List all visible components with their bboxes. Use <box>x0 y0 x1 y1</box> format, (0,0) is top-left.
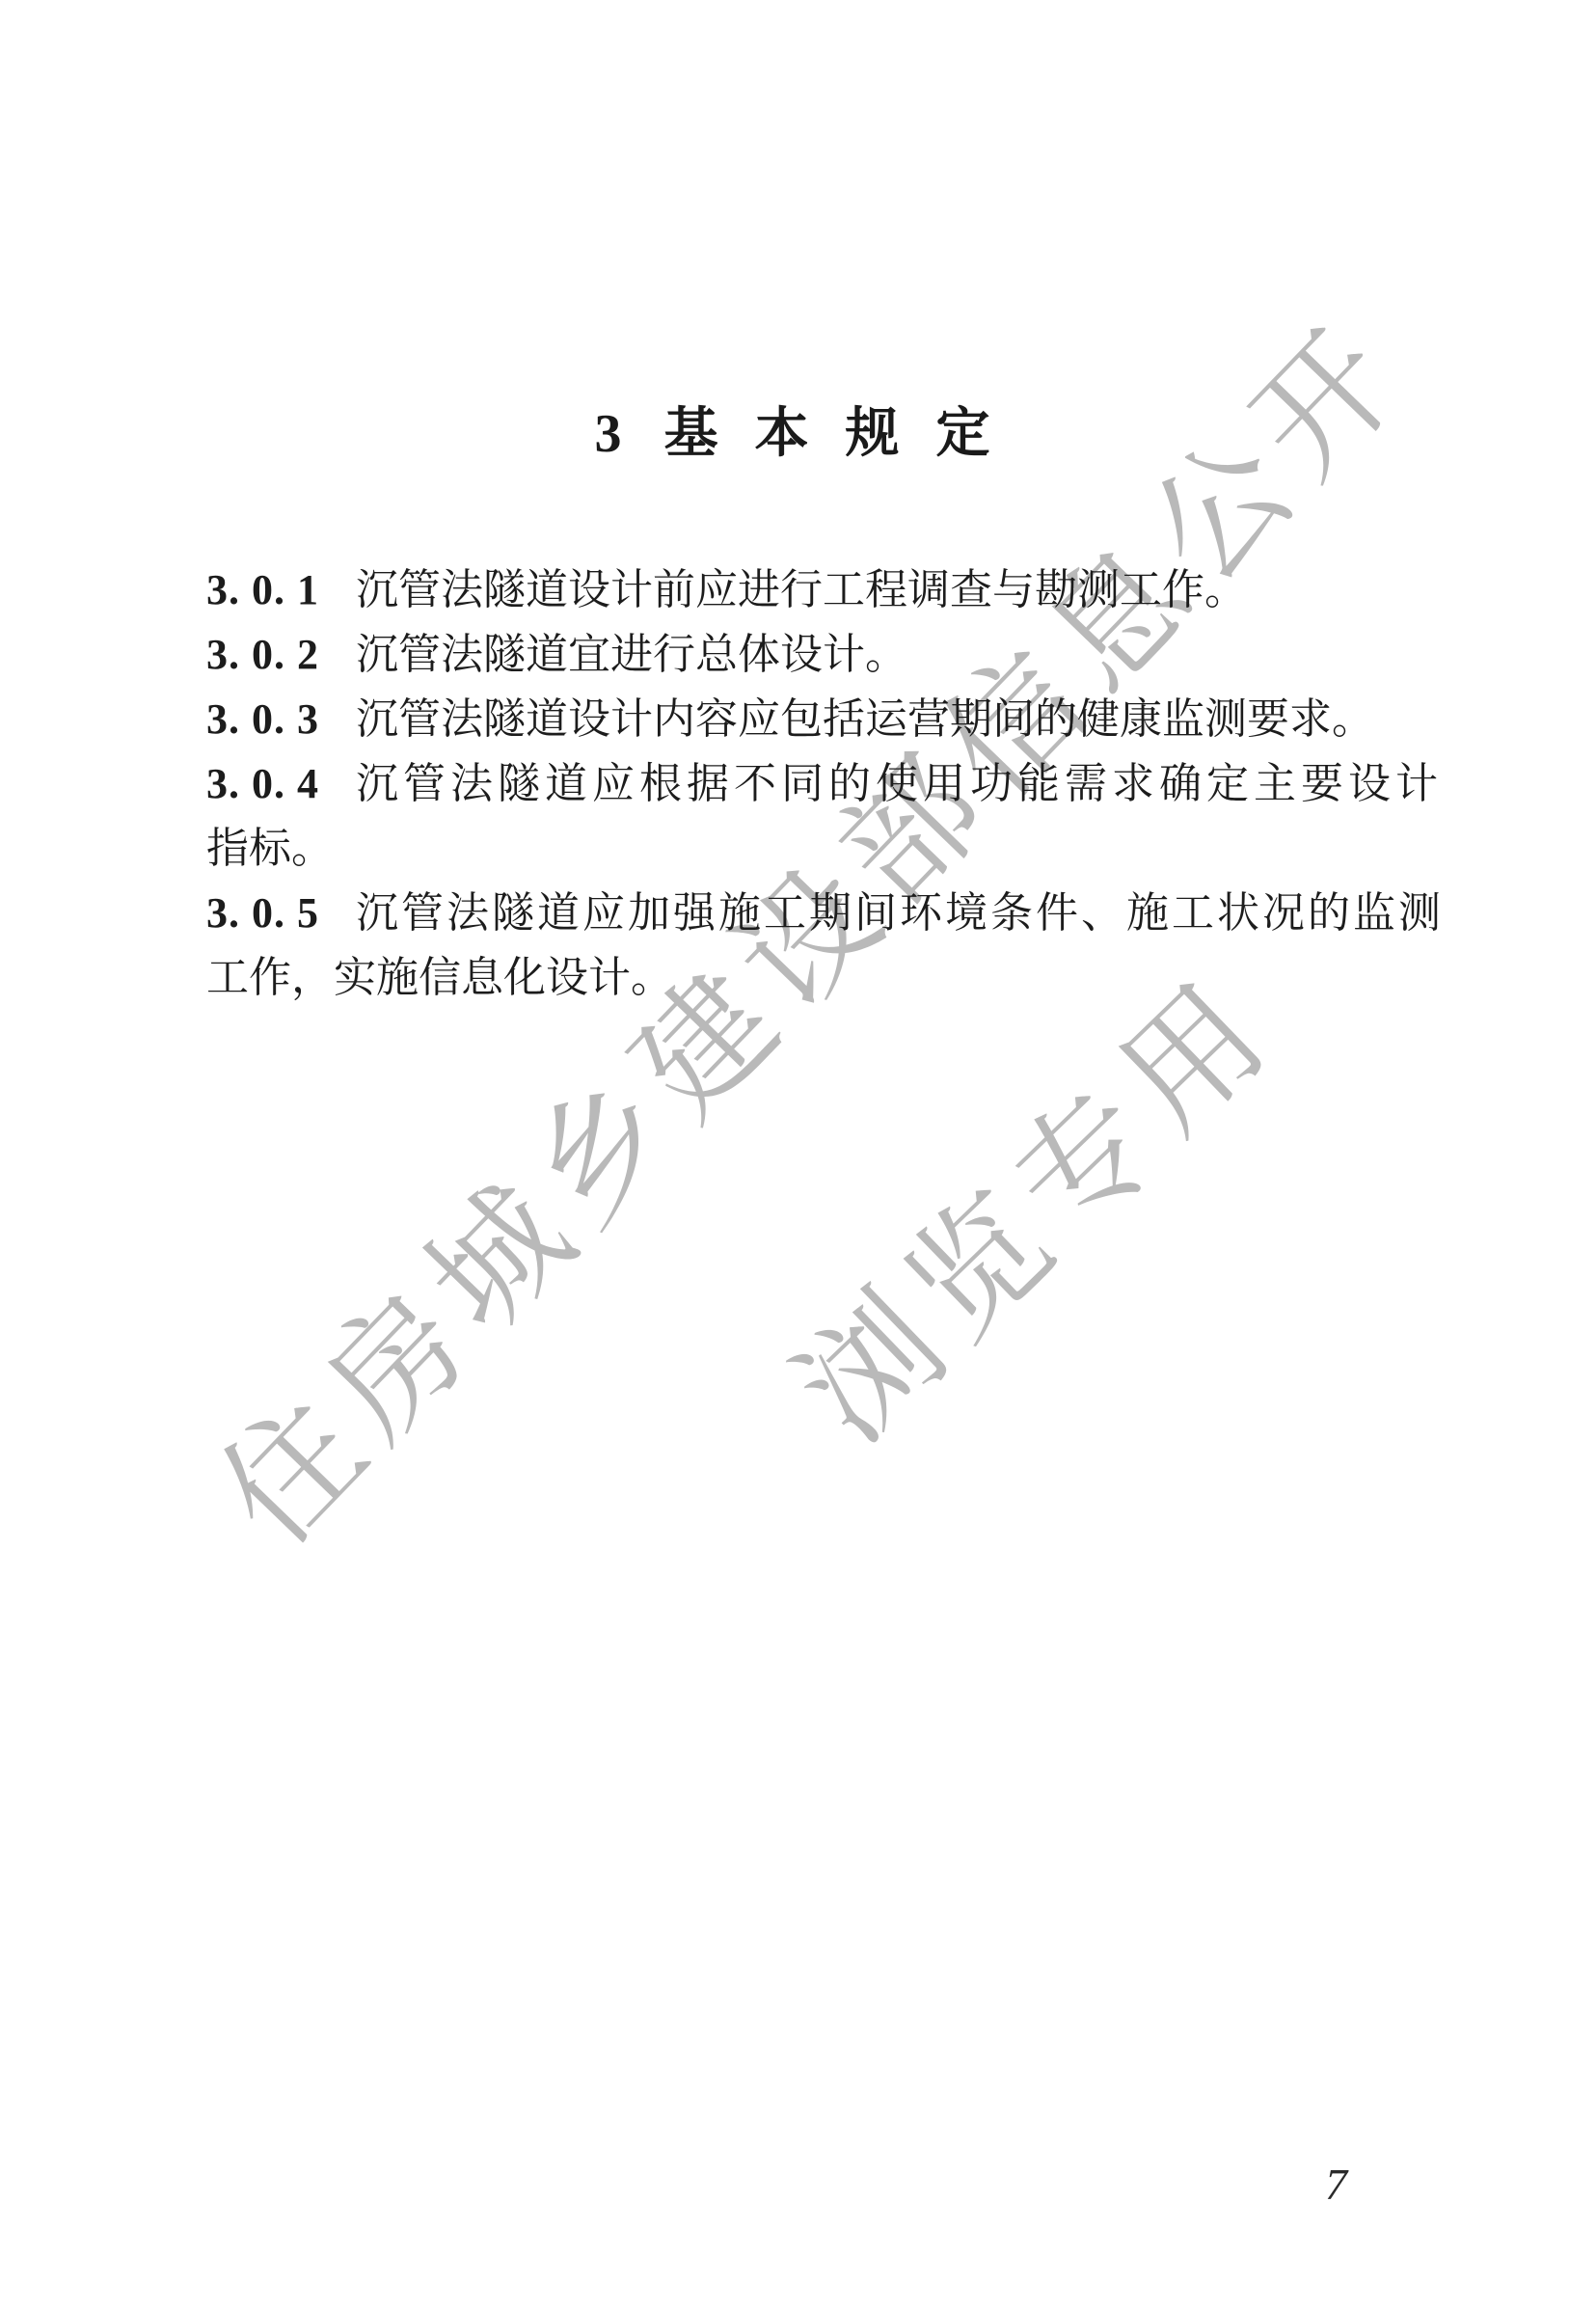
clause-number: 3. 0. 2 <box>206 631 319 678</box>
clause-number: 3. 0. 3 <box>206 695 319 743</box>
clause-text: 沉管法隧道应根据不同的使用功能需求确定主要设计 <box>356 760 1443 807</box>
clause-3-0-5-line: 3. 0. 5沉管法隧道应加强施工期间环境条件、施工状况的监测 <box>206 892 1444 935</box>
clause-text: 沉管法隧道设计前应进行工程调查与勘测工作。 <box>356 566 1247 613</box>
clause-number: 3. 0. 4 <box>206 760 319 807</box>
page-number: 7 <box>1325 2162 1347 2207</box>
clause-text: 沉管法隧道设计内容应包括运营期间的健康监测要求。 <box>356 695 1374 743</box>
chapter-title: 3 基 本 规 定 <box>0 407 1596 461</box>
page-content: 3 基 本 规 定 3. 0. 1沉管法隧道设计前应进行工程调查与勘测工作。 3… <box>0 0 1596 2311</box>
clause-number: 3. 0. 5 <box>206 889 319 937</box>
clause-3-0-2-line: 3. 0. 2沉管法隧道宜进行总体设计。 <box>206 634 907 676</box>
clause-number: 3. 0. 1 <box>206 566 319 613</box>
chapter-number: 3 <box>595 407 622 461</box>
clause-3-0-1-line: 3. 0. 1沉管法隧道设计前应进行工程调查与勘测工作。 <box>206 569 1247 612</box>
chapter-title-text: 基 本 规 定 <box>664 407 1002 461</box>
clause-3-0-4-line: 3. 0. 4沉管法隧道应根据不同的使用功能需求确定主要设计 <box>206 763 1443 805</box>
clause-text: 沉管法隧道应加强施工期间环境条件、施工状况的监测 <box>356 889 1444 937</box>
clause-3-0-3-line: 3. 0. 3沉管法隧道设计内容应包括运营期间的健康监测要求。 <box>206 698 1374 741</box>
document-page: 住房城乡建设部信息公开 浏览专用 3 基 本 规 定 3. 0. 1沉管法隧道设… <box>0 0 1596 2311</box>
clause-text: 沉管法隧道宜进行总体设计。 <box>356 631 907 678</box>
clause-3-0-4-continuation: 指标。 <box>206 828 334 870</box>
clause-3-0-5-continuation: 工作，实施信息化设计。 <box>206 957 673 999</box>
